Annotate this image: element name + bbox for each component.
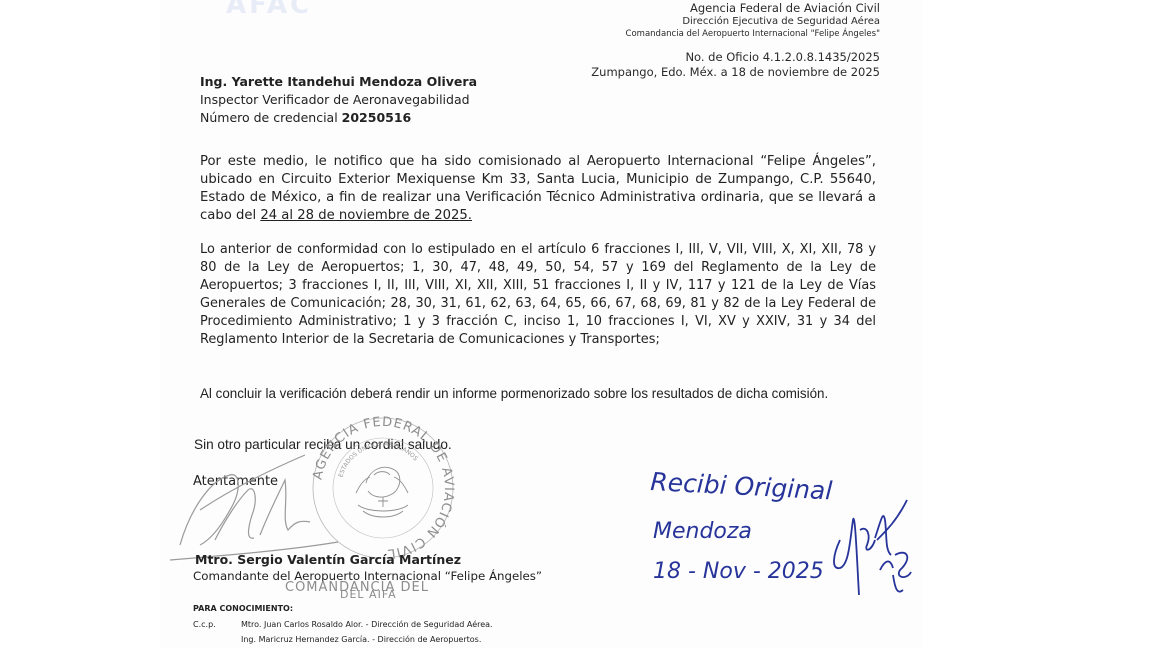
receiver-signature-icon bbox=[834, 500, 911, 595]
signer-name: Mtro. Sergio Valentín García Martínez bbox=[195, 552, 461, 567]
official-stamp-icon: AGENCIA FEDERAL DE AVIACIÓN CIVIL ESTADO… bbox=[308, 413, 458, 563]
header-command: Comandancia del Aeropuerto Internacional… bbox=[626, 29, 880, 39]
cc-recipient: Ing. Maricruz Hernandez García. - Direcc… bbox=[241, 635, 481, 644]
cc-label: C.c.p. bbox=[193, 620, 216, 629]
stamp-subtext-2: DEL AIFA bbox=[340, 588, 397, 601]
svg-text:AGENCIA FEDERAL DE AVIACIÓN CI: AGENCIA FEDERAL DE AVIACIÓN CIVIL bbox=[311, 415, 457, 561]
body-paragraph-2: Lo anterior de conformidad con lo estipu… bbox=[200, 241, 876, 349]
handwritten-receipt: Recibi Original Mendoza 18 - Nov - 2025 bbox=[645, 460, 925, 610]
header-agency: Agencia Federal de Aviación Civil bbox=[690, 1, 880, 15]
cc-recipient: Mtro. Juan Carlos Rosaldo Alor. - Direcc… bbox=[241, 620, 493, 629]
credential-number: 20250516 bbox=[342, 110, 412, 125]
body-paragraph-1: Por este medio, le notifico que ha sido … bbox=[200, 153, 876, 225]
cc-heading: PARA CONOCIMIENTO: bbox=[193, 604, 293, 613]
addressee-name: Ing. Yarette Itandehui Mendoza Olivera bbox=[200, 74, 477, 89]
header-direction: Dirección Ejecutiva de Seguridad Aérea bbox=[682, 16, 880, 27]
receipt-line-1: Recibi Original bbox=[650, 467, 833, 505]
credential-label: Número de credencial bbox=[200, 110, 342, 125]
body-paragraph-3: Al concluir la verificación deberá rendi… bbox=[200, 385, 876, 403]
place-date: Zumpango, Edo. Méx. a 18 de noviembre de… bbox=[591, 65, 880, 79]
agency-logo-faded: AFAC bbox=[226, 0, 312, 20]
addressee-position: Inspector Verificador de Aeronavegabilid… bbox=[200, 92, 470, 107]
oficio-number: No. de Oficio 4.1.2.0.8.1435/2025 bbox=[685, 50, 880, 64]
receipt-line-2: Mendoza bbox=[653, 519, 752, 544]
addressee-credential: Número de credencial 20250516 bbox=[200, 110, 411, 125]
commission-dates: 24 al 28 de noviembre de 2025. bbox=[260, 208, 472, 223]
receipt-line-3: 18 - Nov - 2025 bbox=[653, 559, 824, 584]
